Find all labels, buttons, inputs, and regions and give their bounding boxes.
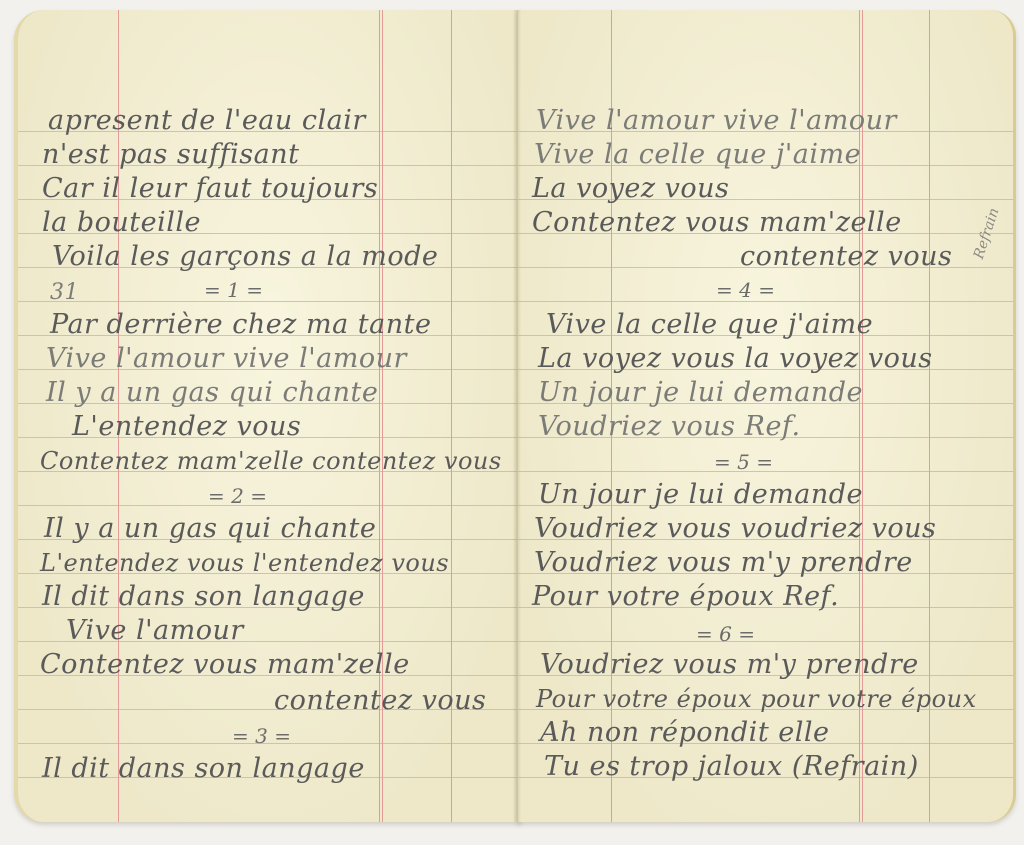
text-line: Vive la celle que j'aime [534,140,861,170]
notebook-spine [513,10,521,822]
text-line: Car il leur faut toujours [42,174,378,204]
text-line: Tu es trop jaloux (Refrain) [544,752,919,782]
notebook-spread: apresent de l'eau clair n'est pas suffis… [14,10,1012,832]
text-line: apresent de l'eau clair [48,106,366,136]
verse-number: = 6 = [696,622,755,646]
text-line: Voudriez vous m'y prendre [534,548,913,578]
text-line: n'est pas suffisant [42,140,299,170]
text-line: Voila les garçons a la mode [52,242,438,272]
text-line: Voudriez vous voudriez vous [534,514,936,544]
page-number: 31 [50,278,79,308]
text-line: Il y a un gas qui chante [44,514,376,544]
text-line: Vive l'amour vive l'amour [46,344,407,374]
text-line: contentez vous [274,686,486,716]
text-line: Un jour je lui demande [538,480,863,510]
verse-number: = 1 = [204,278,263,302]
ruled-line [518,641,1013,642]
text-line: Contentez vous mam'zelle [532,208,902,238]
verse-number: = 3 = [232,724,291,748]
text-line: Contentez vous mam'zelle [40,650,410,680]
text-line: L'entendez vous l'entendez vous [40,548,449,578]
text-line: Ah non répondit elle [540,718,829,748]
text-line: Pour votre époux pour votre époux [536,684,977,714]
text-line: Un jour je lui demande [538,378,863,408]
text-line: Il dit dans son langage [42,582,365,612]
ruled-line [18,505,521,506]
verse-number: = 5 = [714,450,773,474]
text-line: L'entendez vous [72,412,301,442]
text-line: La voyez vous la voyez vous [538,344,933,374]
text-line: Pour votre époux Ref. [532,582,839,612]
verse-number: = 4 = [716,278,775,302]
right-page: Vive l'amour vive l'amour Vive la celle … [517,10,1016,822]
left-page: apresent de l'eau clair n'est pas suffis… [14,10,521,822]
text-line: Il y a un gas qui chante [46,378,378,408]
text-line: la bouteille [42,208,201,238]
text-line: Vive l'amour vive l'amour [536,106,897,136]
text-line: Vive l'amour [66,616,244,646]
text-line: Contentez mam'zelle contentez vous [40,446,502,476]
ruled-line [18,301,521,302]
text-line: La voyez vous [532,174,729,204]
text-line: contentez vous [740,242,952,272]
text-line: Voudriez vous m'y prendre [540,650,919,680]
text-line: Vive la celle que j'aime [546,310,873,340]
text-line: Il dit dans son langage [42,754,365,784]
text-line: Voudriez vous Ref. [538,412,801,442]
verse-number: = 2 = [208,484,267,508]
text-line: Par derrière chez ma tante [50,310,431,340]
